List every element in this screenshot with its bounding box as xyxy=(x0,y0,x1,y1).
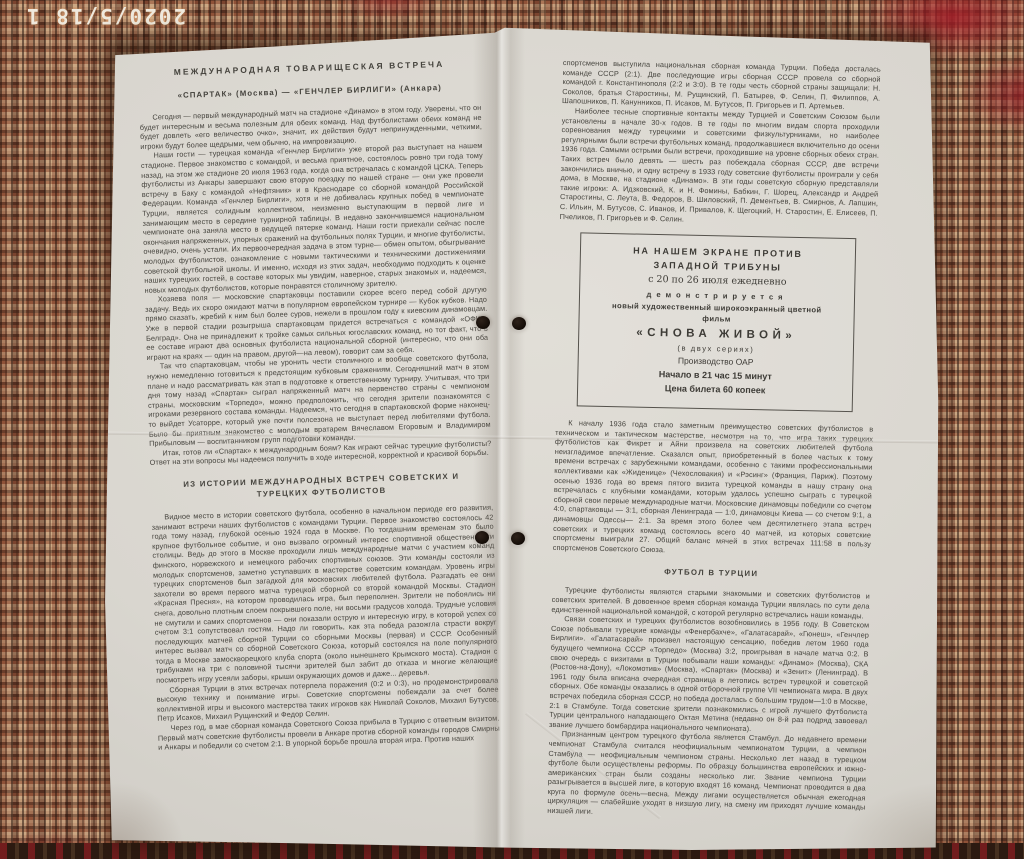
paragraph: спортсменов выступила национальная сборн… xyxy=(562,58,881,113)
paragraph: Признанным центром турецкого футбола явл… xyxy=(547,729,867,822)
paragraph: Хозяева поля — московские спартаковцы по… xyxy=(145,285,489,362)
staple-hole xyxy=(476,316,490,329)
staple-hole xyxy=(511,532,525,545)
paragraph: Наиболее тесные спортивные контакты межд… xyxy=(560,106,880,228)
history-section-title: ИЗ ИСТОРИИ МЕЖДУНАРОДНЫХ ВСТРЕЧ СОВЕТСКИ… xyxy=(158,470,485,504)
match-title: МЕЖДУНАРОДНАЯ ТОВАРИЩЕСКАЯ ВСТРЕЧА xyxy=(138,58,480,79)
camera-date-stamp: 2020/5/18 1 xyxy=(0,2,186,28)
programme-spread: МЕЖДУНАРОДНАЯ ТОВАРИЩЕСКАЯ ВСТРЕЧА «СПАР… xyxy=(100,22,945,850)
photo-of-programme: { "photo": { "date_stamp": "2020/5/18 1"… xyxy=(0,0,1024,859)
turkey-section-title: ФУТБОЛ В ТУРЦИИ xyxy=(560,564,862,582)
match-subtitle: «СПАРТАК» (Москва) — «ГЕНЧЛЕР БИРЛИГИ» (… xyxy=(139,82,481,102)
staple-hole xyxy=(512,317,526,330)
staple-hole xyxy=(475,531,489,544)
paragraph: Наши гости — турецкая команда «Генчлер Б… xyxy=(140,141,486,295)
cinema-ad-box: НА НАШЕМ ЭКРАНЕ ПРОТИВ ЗАПАДНОЙ ТРИБУНЫ … xyxy=(577,232,857,412)
paragraph: Видное место в истории советского футбол… xyxy=(151,503,498,686)
left-page: МЕЖДУНАРОДНАЯ ТОВАРИЩЕСКАЯ ВСТРЕЧА «СПАР… xyxy=(138,58,503,840)
